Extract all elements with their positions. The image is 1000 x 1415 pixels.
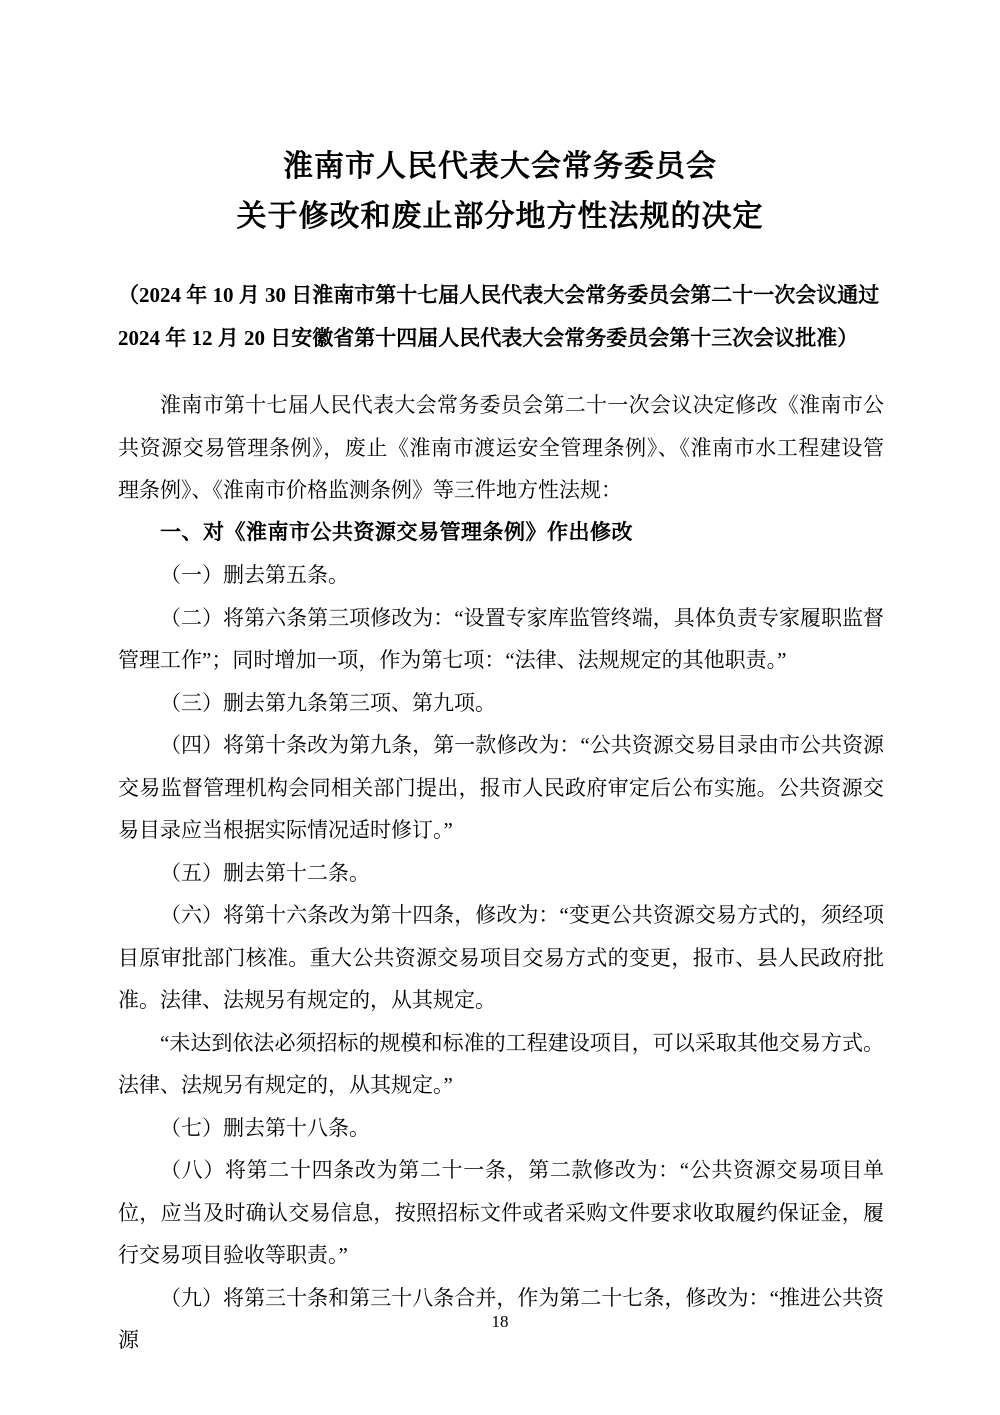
approval-note-line-2: 2024 年 12 月 20 日安徽省第十四届人民代表大会常务委员会第十三次会议…	[118, 317, 884, 360]
document-title-line-1: 淮南市人民代表大会常务委员会	[0, 142, 1000, 192]
paragraph: 淮南市第十七届人民代表大会常务委员会第二十一次会议决定修改《淮南市公共资源交易管…	[118, 384, 884, 512]
page-number: 18	[0, 1312, 1000, 1332]
approval-note: （2024 年 10 月 30 日淮南市第十七届人民代表大会常务委员会第二十一次…	[118, 274, 884, 360]
section-heading: 一、对《淮南市公共资源交易管理条例》作出修改	[118, 512, 884, 555]
document-body: 淮南市第十七届人民代表大会常务委员会第二十一次会议决定修改《淮南市公共资源交易管…	[118, 384, 884, 1362]
document-title: 淮南市人民代表大会常务委员会 关于修改和废止部分地方性法规的决定	[0, 0, 1000, 242]
paragraph: （八）将第二十四条改为第二十一条，第二款修改为：“公共资源交易项目单位，应当及时…	[118, 1149, 884, 1277]
paragraph: （六）将第十六条改为第十四条，修改为：“变更公共资源交易方式的，须经项目原审批部…	[118, 894, 884, 1022]
paragraph: “未达到依法必须招标的规模和标准的工程建设项目，可以采取其他交易方式。法律、法规…	[118, 1022, 884, 1107]
paragraph: （一）删去第五条。	[118, 554, 884, 597]
paragraph: （四）将第十条改为第九条，第一款修改为：“公共资源交易目录由市公共资源交易监督管…	[118, 724, 884, 852]
document-page: 淮南市人民代表大会常务委员会 关于修改和废止部分地方性法规的决定 （2024 年…	[0, 0, 1000, 1415]
approval-note-line-1: （2024 年 10 月 30 日淮南市第十七届人民代表大会常务委员会第二十一次…	[118, 274, 884, 317]
paragraph: （二）将第六条第三项修改为：“设置专家库监管终端，具体负责专家履职监督管理工作”…	[118, 597, 884, 682]
paragraph: （七）删去第十八条。	[118, 1107, 884, 1150]
paragraph: （三）删去第九条第三项、第九项。	[118, 682, 884, 725]
document-title-line-2: 关于修改和废止部分地方性法规的决定	[0, 192, 1000, 242]
paragraph: （五）删去第十二条。	[118, 852, 884, 895]
